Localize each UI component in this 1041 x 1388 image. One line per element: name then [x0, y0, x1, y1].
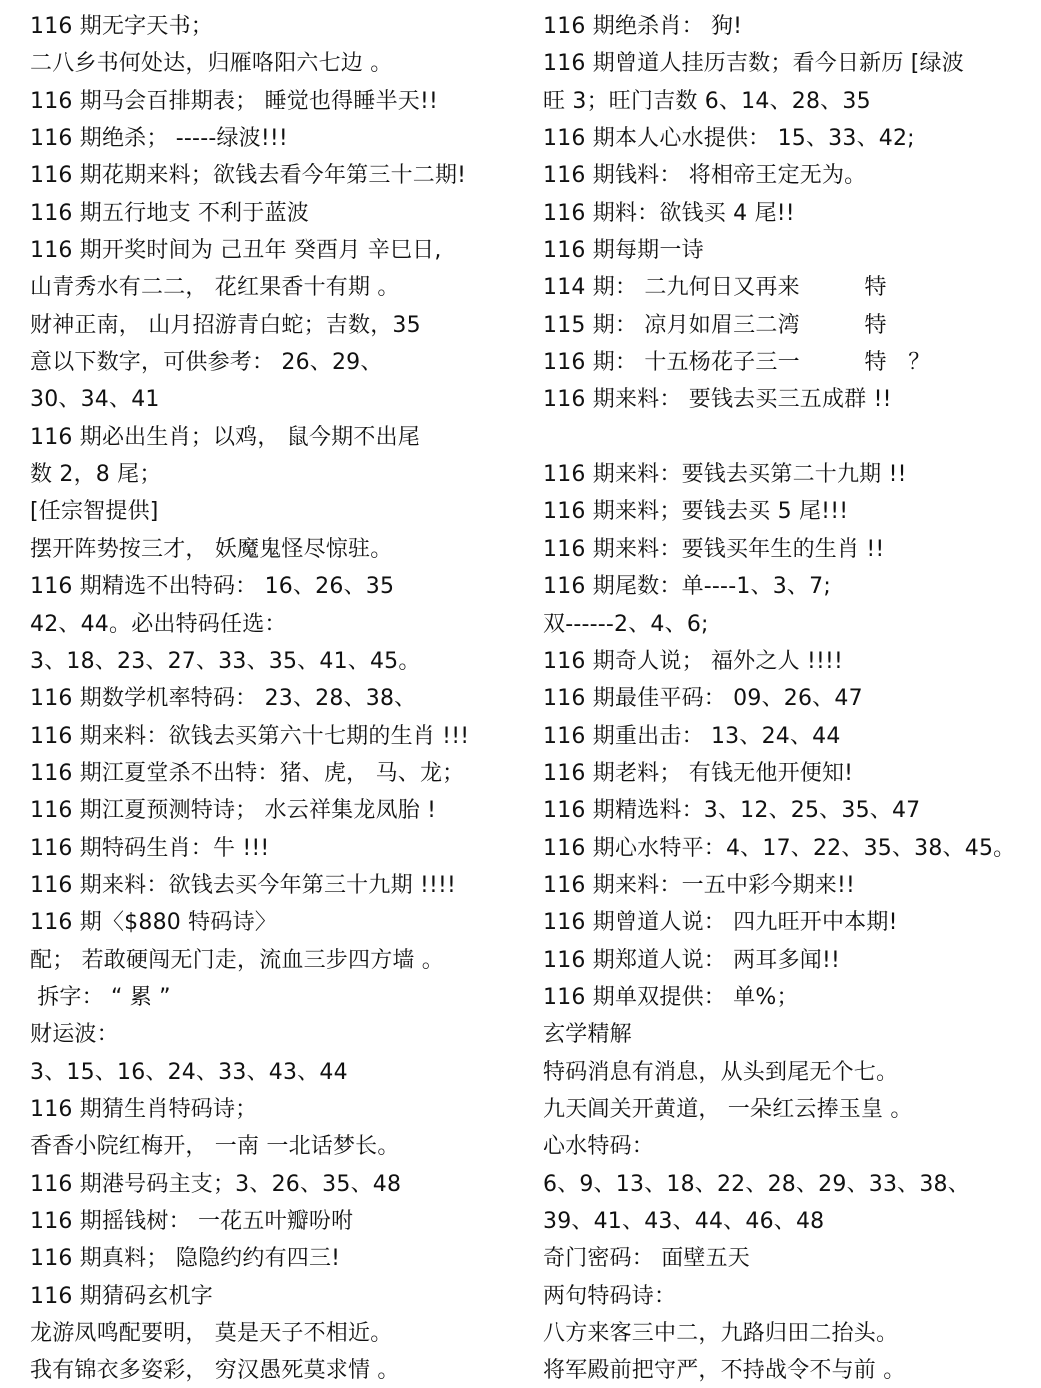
- text-line: 116 期来料；要钱去买 5 尾!!!: [543, 493, 1038, 530]
- text-line: 116 期单双提供： 单%；: [543, 979, 1038, 1016]
- text-line: 116 期来料：要钱买年生的生肖 !!: [543, 531, 1038, 568]
- right-column: 116 期绝杀肖： 狗!116 期曾道人挂历吉数；看今日新历 [绿波旺 3；旺门…: [543, 8, 1038, 1388]
- text-line: 116 期必出生肖；以鸡， 鼠今期不出尾: [30, 419, 520, 456]
- text-line: 116 期精选料：3、12、25、35、47: [543, 792, 1038, 829]
- text-line: [任宗智提供]: [30, 493, 520, 530]
- text-line: 116 期钱料： 将相帝王定无为。: [543, 157, 1038, 194]
- text-line: 心水特码：: [543, 1128, 1038, 1165]
- text-line: 116 期数学机率特码： 23、28、38、: [30, 680, 520, 717]
- text-line: 116 期猜码玄机字: [30, 1278, 520, 1315]
- left-column: 116 期无字天书；二八乡书何处达，归雁咯阳六七边 。116 期马会百排期表； …: [30, 8, 520, 1388]
- text-line: 116 期特码生肖：牛 !!!: [30, 830, 520, 867]
- text-line: 116 期尾数：单----1、3、7;: [543, 568, 1038, 605]
- text-line: 特码消息有消息，从头到尾无个七。: [543, 1054, 1038, 1091]
- text-line: 30、34、41: [30, 381, 520, 418]
- text-line: 116 期来料：要钱去买第二十九期 !!: [543, 456, 1038, 493]
- text-line: 二八乡书何处达，归雁咯阳六七边 。: [30, 45, 520, 82]
- text-line: 116 期五行地支 不利于蓝波: [30, 195, 520, 232]
- text-line: [543, 419, 1038, 456]
- text-line: 116 期最佳平码： 09、26、47: [543, 680, 1038, 717]
- text-line: 116 期港号码主支；3、26、35、48: [30, 1166, 520, 1203]
- text-line: 116 期江夏堂杀不出特：猪、虎， 马、龙；: [30, 755, 520, 792]
- text-line: 八方来客三中二，九路归田二抬头。: [543, 1315, 1038, 1352]
- text-line: 意以下数字，可供参考： 26、29、: [30, 344, 520, 381]
- text-line: 香香小院红梅开， 一南 一北话梦长。: [30, 1128, 520, 1165]
- text-line: 116 期来料： 要钱去买三五成群 !!: [543, 381, 1038, 418]
- text-line: 116 期马会百排期表； 睡觉也得睡半天!!: [30, 83, 520, 120]
- text-line: 116 期花期来料；欲钱去看今年第三十二期!: [30, 157, 520, 194]
- text-line: 116 期来料：欲钱去买今年第三十九期 !!!!: [30, 867, 520, 904]
- text-line: 116 期来料：一五中彩今期来!!: [543, 867, 1038, 904]
- text-line: 116 期老料； 有钱无他开便知!: [543, 755, 1038, 792]
- text-line: 116 期每期一诗: [543, 232, 1038, 269]
- text-line: 42、44。必出特码任选：: [30, 606, 520, 643]
- text-line: 115 期： 凉月如眉三二湾 特: [543, 307, 1038, 344]
- text-line: 九天阊关开黄道， 一朵红云捧玉皇 。: [543, 1091, 1038, 1128]
- text-line: 114 期： 二九何日又再来 特: [543, 269, 1038, 306]
- text-line: 116 期绝杀肖： 狗!: [543, 8, 1038, 45]
- text-line: 116 期真料； 隐隐约约有四三!: [30, 1240, 520, 1277]
- text-line: 财神正南， 山月招游青白蛇；吉数，35: [30, 307, 520, 344]
- text-line: 116 期无字天书；: [30, 8, 520, 45]
- text-line: 116 期精选不出特码： 16、26、35: [30, 568, 520, 605]
- text-line: 116 期摇钱树： 一花五叶瓣吩咐: [30, 1203, 520, 1240]
- text-line: 116 期心水特平：4、17、22、35、38、45。: [543, 830, 1038, 867]
- text-line: 116 期〈$880 特码诗〉: [30, 904, 520, 941]
- text-line: 39、41、43、44、46、48: [543, 1203, 1038, 1240]
- text-line: 116 期猜生肖特码诗；: [30, 1091, 520, 1128]
- text-line: 摆开阵势按三才， 妖魔鬼怪尽惊驻。: [30, 531, 520, 568]
- text-line: 奇门密码： 面壁五天: [543, 1240, 1038, 1277]
- text-line: 116 期曾道人说： 四九旺开中本期!: [543, 904, 1038, 941]
- text-line: 116 期来料：欲钱去买第六十七期的生肖 !!!: [30, 718, 520, 755]
- text-line: 116 期江夏预测特诗； 水云祥集龙凤胎 !: [30, 792, 520, 829]
- text-line: 玄学精解: [543, 1016, 1038, 1053]
- text-line: 将军殿前把守严，不持战令不与前 。: [543, 1352, 1038, 1388]
- text-line: 116 期本人心水提供： 15、33、42;: [543, 120, 1038, 157]
- text-line: 两句特码诗：: [543, 1278, 1038, 1315]
- text-line: 旺 3；旺门吉数 6、14、28、35: [543, 83, 1038, 120]
- text-line: 116 期开奖时间为 己丑年 癸酉月 辛巳日,: [30, 232, 520, 269]
- text-line: 配； 若敢硬闯无门走，流血三步四方墙 。: [30, 942, 520, 979]
- text-line: 6、9、13、18、22、28、29、33、38、: [543, 1166, 1038, 1203]
- text-line: 山青秀水有二二， 花红果香十有期 。: [30, 269, 520, 306]
- text-line: 116 期料：欲钱买 4 尾!!: [543, 195, 1038, 232]
- text-line: 3、18、23、27、33、35、41、45。: [30, 643, 520, 680]
- text-line: 龙游凤鸣配要明， 莫是天子不相近。: [30, 1315, 520, 1352]
- text-line: 数 2，8 尾；: [30, 456, 520, 493]
- text-line: 116 期重出击： 13、24、44: [543, 718, 1038, 755]
- text-line: 116 期： 十五杨花子三一 特 ？: [543, 344, 1038, 381]
- text-line: 3、15、16、24、33、43、44: [30, 1054, 520, 1091]
- text-line: 116 期郑道人说： 两耳多闻!!: [543, 942, 1038, 979]
- text-line: 116 期绝杀； -----绿波!!!: [30, 120, 520, 157]
- text-line: 拆字： “ 累 ”: [30, 979, 520, 1016]
- text-line: 我有锦衣多姿彩， 穷汉愚死莫求情 。: [30, 1352, 520, 1388]
- text-line: 财运波：: [30, 1016, 520, 1053]
- text-line: 116 期曾道人挂历吉数；看今日新历 [绿波: [543, 45, 1038, 82]
- text-line: 116 期奇人说； 福外之人 !!!!: [543, 643, 1038, 680]
- text-line: 双------2、4、6;: [543, 606, 1038, 643]
